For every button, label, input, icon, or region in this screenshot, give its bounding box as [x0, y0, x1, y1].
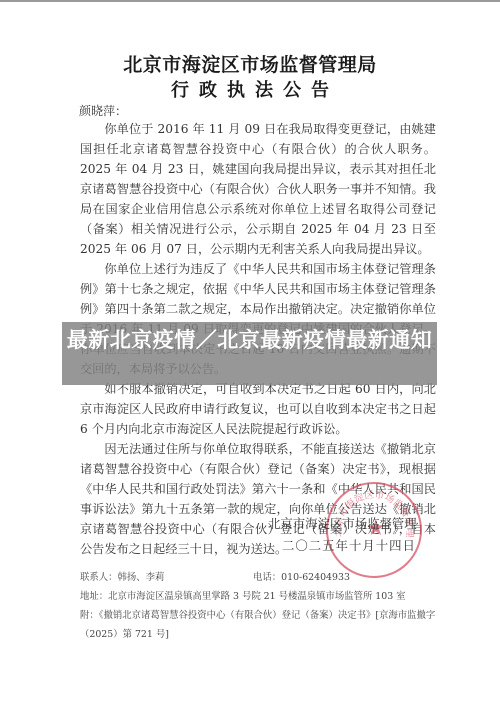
salutation: 颜晓萍： — [79, 102, 127, 119]
address-row: 地址：北京市海淀区温泉镇高里掌路 3 号院 21 号楼温泉镇市场监管所 103 … — [80, 587, 440, 606]
phone-number: 010-62404933 — [281, 572, 350, 583]
notice-footer: 联系人：韩扬、李莉 电话：010-62404933 地址：北京市海淀区温泉镇高里… — [80, 568, 440, 644]
signature-date: 二〇二五年十月十四日 — [282, 536, 416, 554]
paragraph-background: 你单位于 2016 年 11 月 09 日在我局取得变更登记，由姚建国担任北京诸… — [80, 119, 436, 259]
issuer-title: 北京市海淀区市场监督管理局 — [0, 50, 500, 77]
paragraph-appeal: 如不服本撤销决定，可自收到本决定书之日起 60 日内，向北京市海淀区人民政府申请… — [80, 379, 436, 439]
phone-label: 电话： — [253, 572, 281, 583]
address-label: 地址： — [80, 591, 108, 602]
contact-names: 韩扬、李莉 — [118, 572, 165, 583]
phone-info: 电话：010-62404933 — [253, 568, 350, 587]
document-type-title: 行政执法公告 — [0, 76, 500, 102]
address-value: 北京市海淀区温泉镇高里掌路 3 号院 21 号楼温泉镇市场监管所 103 室 — [108, 591, 405, 602]
signature-organization: 北京市海淀区市场监督管理 — [268, 514, 417, 532]
contact-row: 联系人：韩扬、李莉 电话：010-62404933 — [80, 568, 440, 587]
attachment-row: 附：《撤销北京诸葛智慧谷投资中心（有限合伙）登记（备案）决定书》[京海市监撤字（… — [80, 606, 440, 644]
overlay-banner-text: 最新北京疫情／北京最新疫情最新通知 — [62, 326, 437, 354]
attachment-label: 附： — [80, 610, 99, 621]
attachment-value: 《撤销北京诸葛智慧谷投资中心（有限合伙）登记（备案）决定书》[京海市监撤字（20… — [80, 610, 435, 640]
contact-label: 联系人： — [80, 572, 118, 583]
